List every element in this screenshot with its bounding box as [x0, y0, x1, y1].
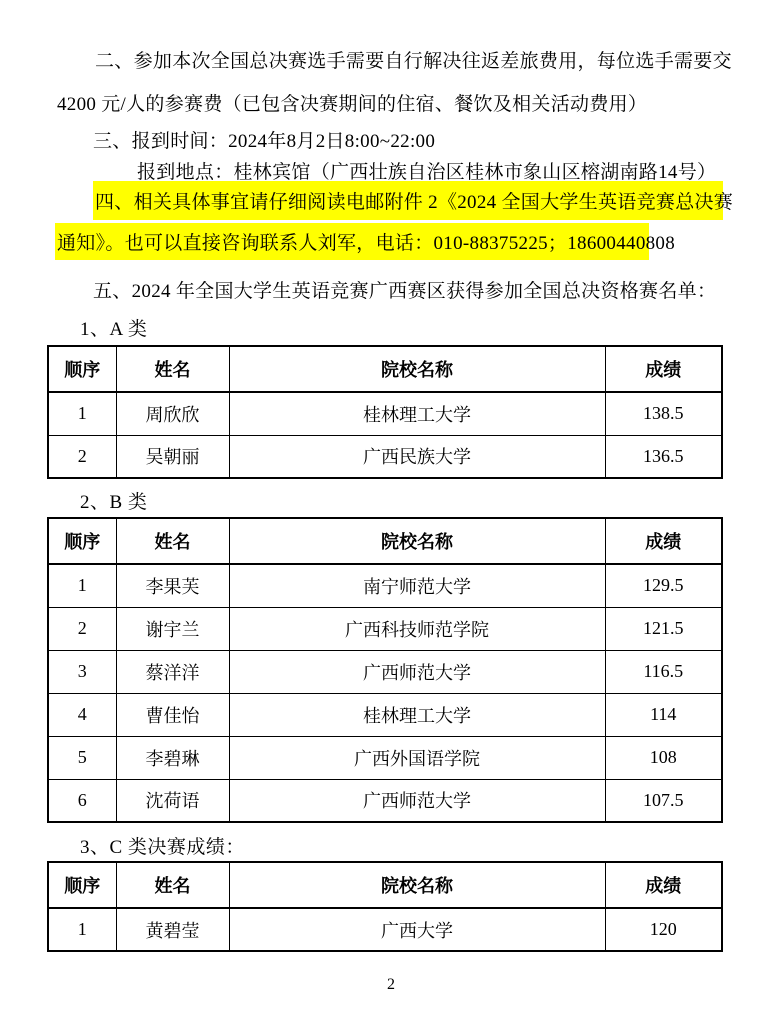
document-page: 二、参加本次全国总决赛选手需要自行解决往返差旅费用，每位选手需要交 4200 元… [0, 0, 782, 1035]
paragraph-item5: 五、2024 年全国大学生英语竞赛广西赛区获得参加全国总决资格赛名单： [93, 276, 716, 303]
name-cell: 蔡洋洋 [116, 650, 229, 693]
paragraph-item3-line2: 报到地点：桂林宾馆（广西壮族自治区桂林市象山区榕湖南路14号） [137, 157, 716, 184]
paragraph-item2-line2: 4200 元/人的参赛费（已包含决赛期间的住宿、餐饮及相关活动费用） [57, 89, 647, 116]
order-cell: 1 [48, 908, 116, 951]
col-header-score: 成绩 [605, 862, 722, 908]
order-cell: 1 [48, 392, 116, 435]
col-header-school: 院校名称 [229, 518, 605, 564]
order-cell: 5 [48, 736, 116, 779]
order-cell: 3 [48, 650, 116, 693]
col-header-score: 成绩 [605, 346, 722, 392]
score-cell: 138.5 [605, 392, 722, 435]
order-cell: 1 [48, 564, 116, 607]
school-cell: 广西外国语学院 [229, 736, 605, 779]
school-cell: 广西师范大学 [229, 779, 605, 822]
score-cell: 121.5 [605, 607, 722, 650]
name-cell: 黄碧莹 [116, 908, 229, 951]
table-header-row: 顺序 姓名 院校名称 成绩 [48, 518, 722, 564]
school-cell: 广西科技师范学院 [229, 607, 605, 650]
col-header-score: 成绩 [605, 518, 722, 564]
order-cell: 4 [48, 693, 116, 736]
section-a-heading: 1、A 类 [80, 314, 147, 341]
table-row: 1 李果芙 南宁师范大学 129.5 [48, 564, 722, 607]
school-cell: 广西大学 [229, 908, 605, 951]
order-cell: 2 [48, 435, 116, 478]
name-cell: 李果芙 [116, 564, 229, 607]
order-cell: 6 [48, 779, 116, 822]
school-cell: 桂林理工大学 [229, 693, 605, 736]
name-cell: 沈荷语 [116, 779, 229, 822]
school-cell: 广西民族大学 [229, 435, 605, 478]
table-category-c: 顺序 姓名 院校名称 成绩 1 黄碧莹 广西大学 120 [47, 861, 723, 952]
col-header-order: 顺序 [48, 862, 116, 908]
table-header-row: 顺序 姓名 院校名称 成绩 [48, 346, 722, 392]
school-cell: 桂林理工大学 [229, 392, 605, 435]
paragraph-item3-line1: 三、报到时间：2024年8月2日8:00~22:00 [93, 126, 435, 153]
table-row: 6 沈荷语 广西师范大学 107.5 [48, 779, 722, 822]
table-row: 2 谢宇兰 广西科技师范学院 121.5 [48, 607, 722, 650]
table-row: 1 周欣欣 桂林理工大学 138.5 [48, 392, 722, 435]
school-cell: 南宁师范大学 [229, 564, 605, 607]
page-number: 2 [0, 976, 782, 994]
col-header-school: 院校名称 [229, 346, 605, 392]
table-category-b: 顺序 姓名 院校名称 成绩 1 李果芙 南宁师范大学 129.5 2 谢宇兰 广… [47, 517, 723, 823]
section-b-heading: 2、B 类 [80, 487, 147, 514]
table-row: 2 吴朝丽 广西民族大学 136.5 [48, 435, 722, 478]
paragraph-item2-line1: 二、参加本次全国总决赛选手需要自行解决往返差旅费用，每位选手需要交 [95, 46, 732, 73]
table-row: 1 黄碧莹 广西大学 120 [48, 908, 722, 951]
score-cell: 108 [605, 736, 722, 779]
col-header-name: 姓名 [116, 862, 229, 908]
section-c-heading: 3、C 类决赛成绩： [80, 832, 245, 859]
name-cell: 曹佳怡 [116, 693, 229, 736]
name-cell: 谢宇兰 [116, 607, 229, 650]
table-row: 5 李碧琳 广西外国语学院 108 [48, 736, 722, 779]
order-cell: 2 [48, 607, 116, 650]
table-header-row: 顺序 姓名 院校名称 成绩 [48, 862, 722, 908]
score-cell: 114 [605, 693, 722, 736]
col-header-name: 姓名 [116, 346, 229, 392]
score-cell: 120 [605, 908, 722, 951]
score-cell: 136.5 [605, 435, 722, 478]
score-cell: 129.5 [605, 564, 722, 607]
score-cell: 107.5 [605, 779, 722, 822]
name-cell: 吴朝丽 [116, 435, 229, 478]
name-cell: 周欣欣 [116, 392, 229, 435]
score-cell: 116.5 [605, 650, 722, 693]
table-category-a: 顺序 姓名 院校名称 成绩 1 周欣欣 桂林理工大学 138.5 2 吴朝丽 广… [47, 345, 723, 479]
highlighted-item4-line1: 四、相关具体事宜请仔细阅读电邮附件 2《2024 全国大学生英语竞赛总决赛 [93, 181, 723, 220]
col-header-order: 顺序 [48, 518, 116, 564]
school-cell: 广西师范大学 [229, 650, 605, 693]
col-header-name: 姓名 [116, 518, 229, 564]
highlighted-item4-line2: 通知》。也可以直接咨询联系人刘军，电话：010-88375225；1860044… [55, 223, 649, 260]
col-header-order: 顺序 [48, 346, 116, 392]
col-header-school: 院校名称 [229, 862, 605, 908]
name-cell: 李碧琳 [116, 736, 229, 779]
table-row: 4 曹佳怡 桂林理工大学 114 [48, 693, 722, 736]
table-row: 3 蔡洋洋 广西师范大学 116.5 [48, 650, 722, 693]
